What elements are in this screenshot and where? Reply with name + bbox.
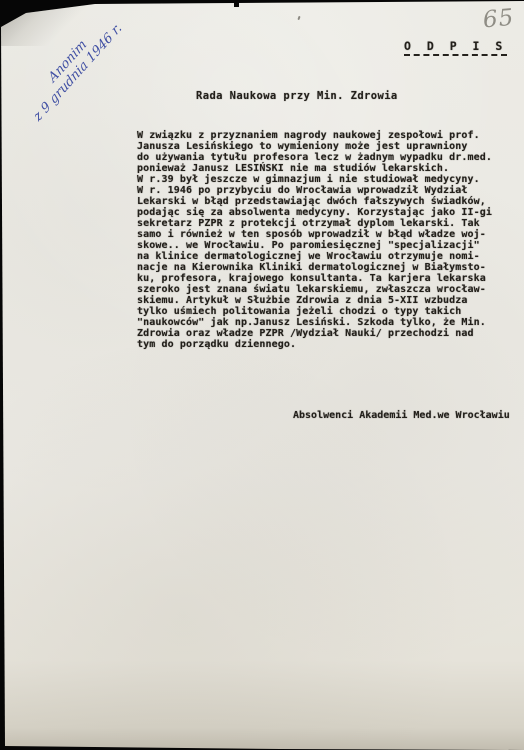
- signature-line: Absolwenci Akademii Med.we Wrocławiu: [293, 410, 510, 421]
- edge-nick: [72, 0, 81, 5]
- document-title: Rada Naukowa przy Min. Zdrowia: [196, 90, 398, 102]
- document-body: W związku z przyznaniem nagrody naukowej…: [137, 130, 524, 350]
- paper-sheet: [0, 0, 524, 750]
- scanned-document: Anonim z 9 grudnia 1946 r. 65 O D P I S …: [0, 0, 524, 750]
- page-number: 65: [482, 5, 515, 34]
- copy-header: O D P I S: [404, 39, 507, 56]
- edge-nick: [234, 0, 239, 7]
